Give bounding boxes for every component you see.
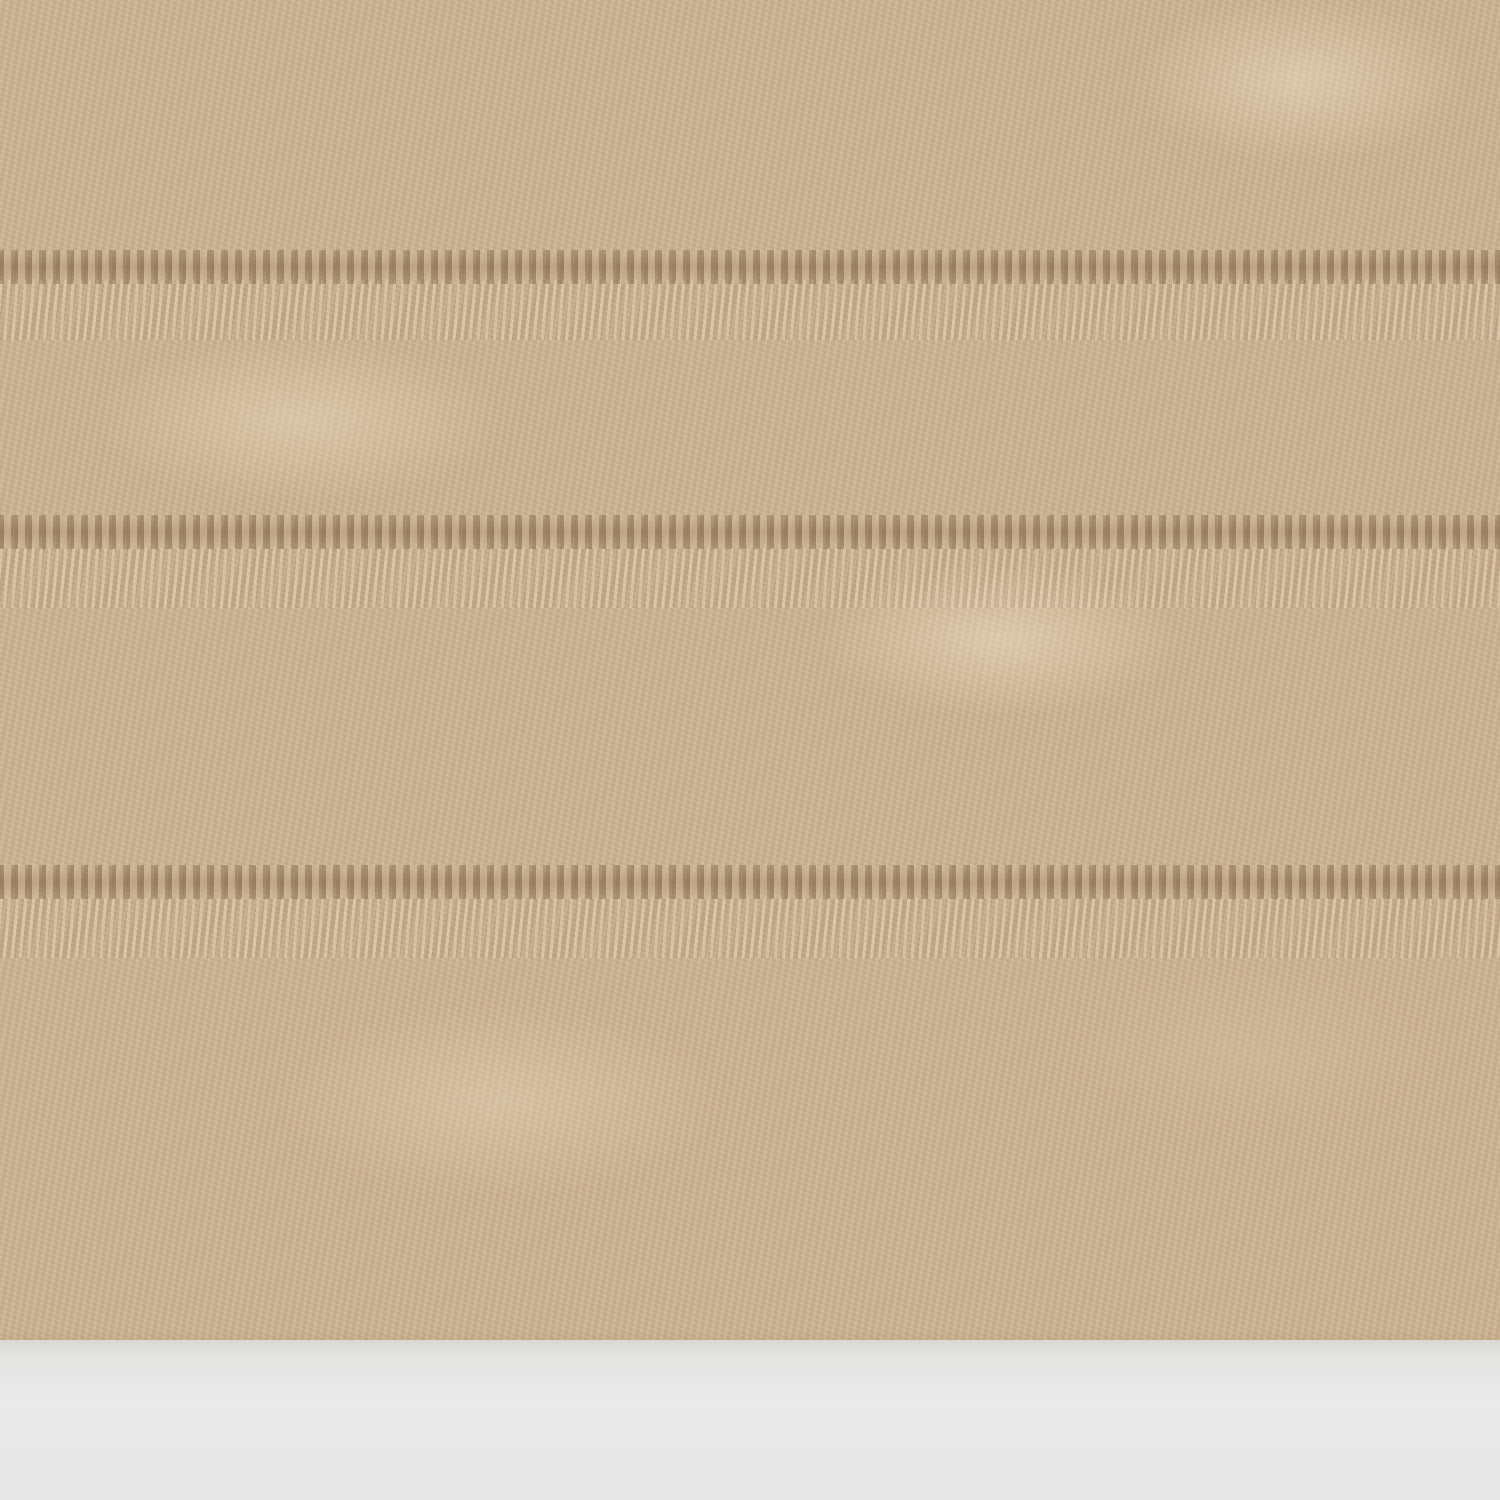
rug-ridge-line bbox=[0, 515, 1500, 549]
photo-scene bbox=[0, 0, 1500, 1500]
rug-pile-band bbox=[0, 280, 1500, 340]
rug-ridge-line bbox=[0, 865, 1500, 899]
rug-pile-band bbox=[0, 548, 1500, 608]
floor-surface bbox=[0, 1340, 1500, 1500]
rug-ridge-line bbox=[0, 250, 1500, 284]
bath-rug bbox=[0, 0, 1500, 1348]
rug-pile-band bbox=[0, 898, 1500, 958]
